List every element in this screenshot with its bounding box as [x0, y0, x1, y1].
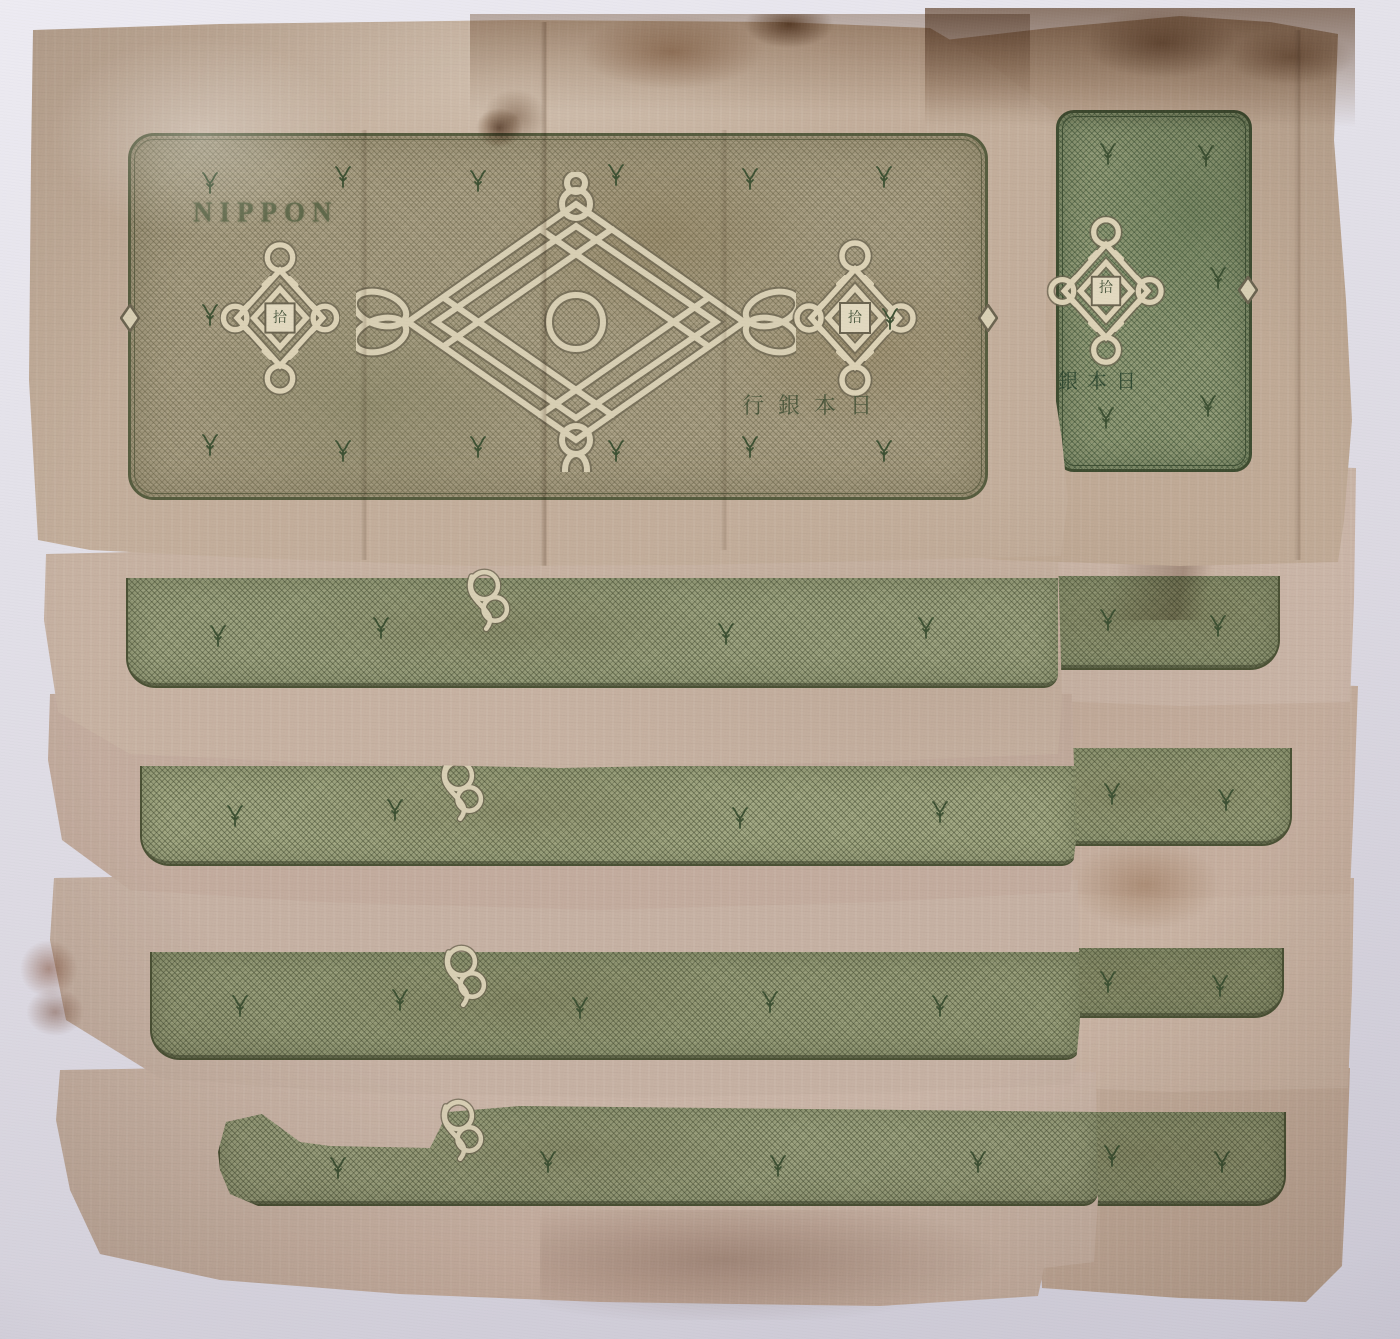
photo-banknote-stack: 拾 銀本日 NIPPON 拾 拾 行銀本日	[0, 0, 1400, 1339]
